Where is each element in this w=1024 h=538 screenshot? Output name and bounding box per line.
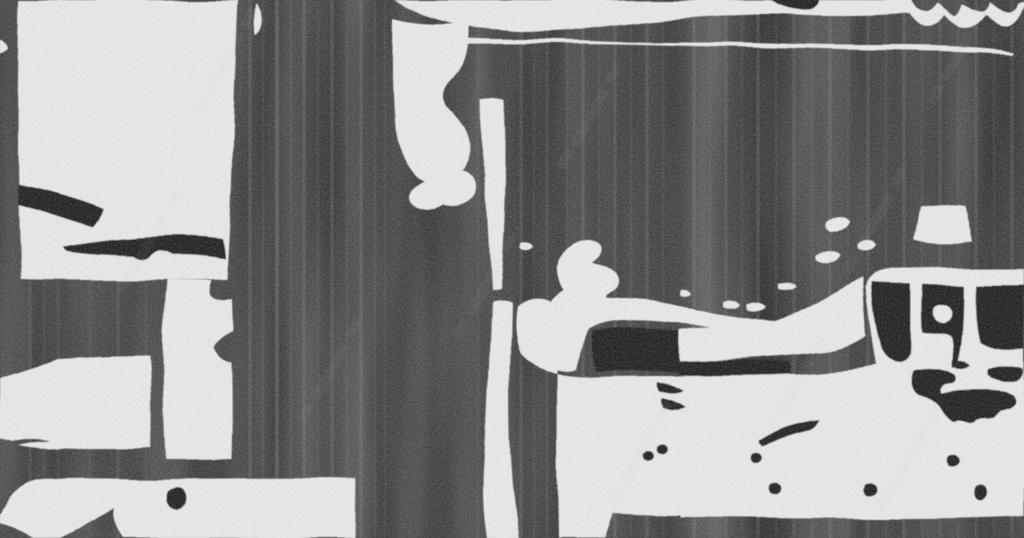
grunge-texture-image	[0, 0, 1024, 538]
grain-darken-overlay	[0, 0, 1024, 538]
texture-canvas	[0, 0, 1024, 538]
